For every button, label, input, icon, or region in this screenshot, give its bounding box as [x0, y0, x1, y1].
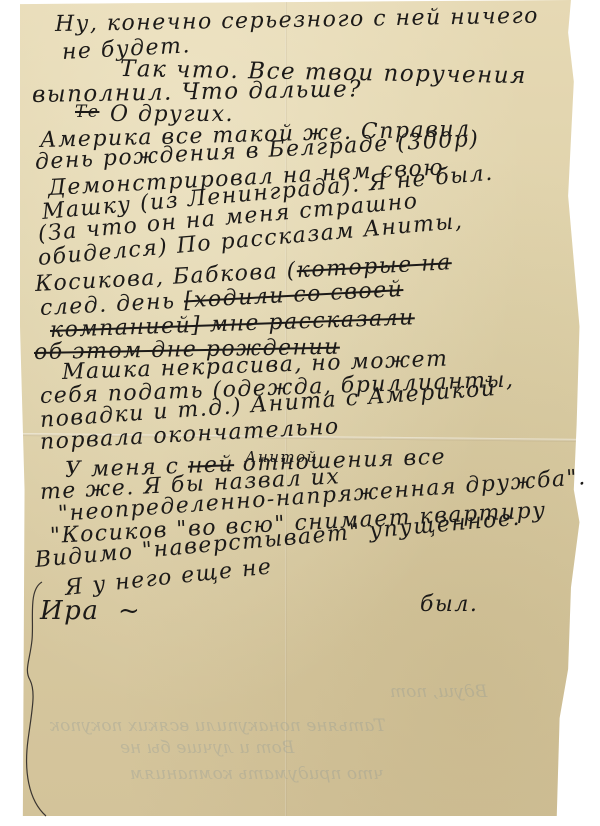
signature-flourish: ~: [118, 596, 141, 626]
crossed-out-word: Те: [75, 102, 99, 122]
letter-line: был.: [420, 592, 478, 617]
curly-brace-mark: [20, 580, 50, 820]
handwritten-letter-body: Ну, конечно серьезного с ней ничего не б…: [0, 0, 600, 826]
letter-line: Ну, конечно серьезного с ней ничего: [55, 4, 539, 37]
